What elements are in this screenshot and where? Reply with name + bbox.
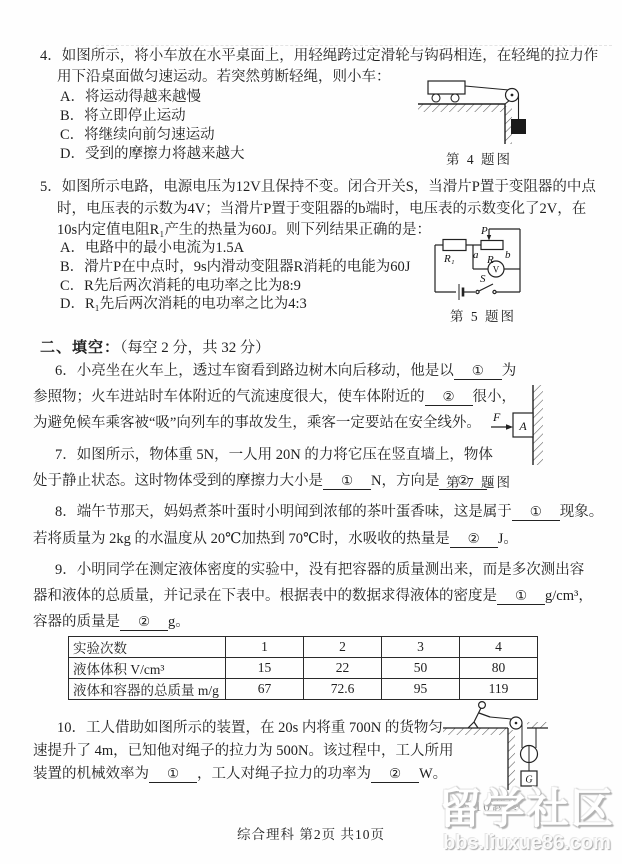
exam-page-scan: 4．如图所示，将小车放在水平桌面上，用轻绳跨过定滑轮与钩码相连，在轻绳的拉力作 … [0, 0, 622, 864]
q7-blank-1: ① [323, 474, 371, 490]
label-r1: R₁ [443, 253, 455, 265]
rheostat-body [481, 241, 503, 250]
worker-figure [468, 702, 490, 728]
q4-line-2: 用下沿桌面做匀速运动。若突然剪断轻绳，则小车： [57, 68, 391, 86]
q10-line-1: 10．工人借助如图所示的装置，在 20s 内将重 700N 的货物匀 [57, 719, 443, 737]
q10-blank-2: ② [371, 767, 419, 783]
label-p: P [480, 225, 488, 237]
wall-hatching [533, 385, 543, 465]
q9-line-1: 9．小明同学在测定液体密度的实验中，没有把容器的质量测出来，而是多次测出容 [55, 561, 584, 579]
q10-blank-1: ① [149, 767, 197, 783]
table-row: 实验次数 1 2 3 4 [69, 637, 538, 658]
q8-blank-2: ② [450, 532, 498, 548]
q9-line-3: 容器的质量是②g。 [33, 613, 190, 631]
q6-text: 6．小亮坐在火车上，透过车窗看到路边树木向后移动，他是以 [55, 363, 454, 379]
table-header-label: 实验次数 [69, 637, 226, 658]
q5-figure-circuit: P R₁ a b R V S [428, 224, 578, 306]
table-cell: 50 [382, 658, 460, 679]
pulley-axle [511, 94, 514, 97]
q8-line-2: 若将质量为 2kg 的水温度从 20℃加热到 70℃时，水吸收的热量是②J。 [33, 530, 518, 548]
label-f: F [492, 410, 501, 424]
table-cell: 15 [226, 658, 304, 679]
table-cell: 2 [304, 637, 382, 658]
q7-figure-block-on-wall: A F [486, 380, 550, 472]
table-cell: 67 [226, 679, 304, 700]
q5-option-b: B．滑片P在中点时，9s内滑动变阻器R消耗的电能为60J [60, 258, 410, 276]
q6-text: 参照物；火车进站时车体附近的气流速度很大，使车体附近的 [33, 389, 425, 405]
q4-line-1: 4．如图所示，将小车放在水平桌面上，用轻绳跨过定滑轮与钩码相连，在轻绳的拉力作 [40, 47, 598, 65]
watermark-url: bbs.liuxue86.com [436, 832, 618, 854]
table-cell: 22 [304, 658, 382, 679]
q7-line-2: 处于静止状态。这时物体受到的摩擦力大小是①N，方向是②。 [33, 472, 502, 490]
scan-artifact-line [96, 45, 612, 46]
label-v: V [493, 265, 500, 275]
q8-text: 若将质量为 2kg 的水温度从 20℃加热到 70℃时，水吸收的热量是 [33, 531, 450, 547]
q8-text: 现象。 [560, 504, 604, 520]
q5-line-2: 时，电压表的示数为4V；当滑片P置于变阻器的b端时，电压表的示数变化了2V，在 [57, 200, 586, 218]
wall-hatching [508, 730, 515, 790]
q9-text: g。 [168, 614, 190, 630]
table-cell: 3 [382, 637, 460, 658]
table-hatching [418, 104, 505, 112]
q4-figure-caption: 第 4 题图 [446, 148, 512, 168]
switch-contact [476, 290, 479, 293]
table-row-label: 液体和容器的总质量 m/g [69, 679, 226, 700]
q8-blank-1: ① [512, 505, 560, 521]
table-cell: 1 [226, 637, 304, 658]
q6-line-3: 为避免候车乘客被“吸”向列车的事故发生，乘客一定要站在安全线外。 [33, 414, 481, 432]
q4-option-d: D．受到的摩擦力将越来越大 [60, 145, 244, 163]
table-row: 液体体积 V/cm³ 15 22 50 80 [69, 658, 538, 679]
q5-option-c: C．R先后两次消耗的电功率之比为8:9 [60, 277, 301, 295]
label-g: G [525, 775, 532, 786]
q9-text: g/cm³， [545, 588, 593, 604]
switch-lever [479, 284, 493, 291]
q4-option-b: B．将立即停止运动 [60, 107, 186, 125]
q7-line-1: 7．如图所示，物体重 5N，一人用 20N 的力将它压在竖直墙上，物体 [55, 446, 493, 464]
table-cell: 80 [460, 658, 538, 679]
rope [465, 86, 509, 90]
cart-wheel-icon [432, 94, 440, 102]
q6-line-1: 6．小亮坐在火车上，透过车窗看到路边树木向后移动，他是以①为 [55, 362, 516, 380]
q10-line-3: 装置的机械效率为①，工人对绳子拉力的功率为②W。 [33, 765, 447, 783]
q10-text: ，工人对绳子拉力的功率为 [197, 766, 371, 782]
q4-option-a: A．将运动得越来越慢 [60, 88, 201, 106]
table-edge-hatching [505, 106, 512, 144]
q4-option-c: C．将继续向前匀速运动 [60, 126, 215, 144]
table-cell: 4 [460, 637, 538, 658]
label-s: S [480, 273, 486, 285]
q5-option-d: D．R₁先后两次消耗的电功率之比为4:3 [60, 295, 307, 313]
q6-blank-1: ① [454, 364, 502, 380]
q5-figure-caption: 第 5 题图 [450, 305, 516, 325]
cart-body [428, 81, 465, 94]
q9-blank-2: ② [120, 615, 168, 631]
q6-blank-2: ② [425, 390, 473, 406]
q9-text: 容器的质量是 [33, 614, 120, 630]
label-a: A [518, 419, 527, 433]
label-b: b [505, 249, 511, 261]
q8-text: J。 [498, 531, 518, 547]
q10-text: 装置的机械效率为 [33, 766, 149, 782]
ceiling-anchor-hatching [527, 722, 548, 728]
watermark: 留学社区 bbs.liuxue86.com [436, 786, 618, 854]
section2-score-note: （每空 2 分，共 32 分） [120, 340, 270, 356]
q5-line-3: 10s内定值电阻R₁产生的热量为60J。则下列结果正确的是： [57, 221, 431, 239]
switch-contact [493, 290, 496, 293]
fixed-pulley-axle [515, 722, 518, 725]
hanging-weight [511, 119, 526, 134]
table-cell: 72.6 [304, 679, 382, 700]
watermark-logo-text: 留学社区 [436, 786, 618, 832]
q9-line-2: 器和液体的总质量，并记录在下表中。根据表中的数据求得液体的密度是①g/cm³， [33, 587, 593, 605]
q9-text: 器和液体的总质量，并记录在下表中。根据表中的数据求得液体的密度是 [33, 588, 497, 604]
force-arrowhead [506, 424, 513, 430]
section2-title: 二、填空： [40, 340, 120, 356]
q6-text: 为 [502, 363, 517, 379]
q7-text: 处于静止状态。这时物体受到的摩擦力大小是 [33, 473, 323, 489]
rope-to-pulley [490, 717, 511, 719]
q4-figure-cart-pulley [402, 74, 577, 146]
q6-line-2: 参照物；火车进站时车体附近的气流速度很大，使车体附近的②很小， [33, 388, 516, 406]
cart-wheel-icon [451, 94, 459, 102]
table-row-label: 液体体积 V/cm³ [69, 658, 226, 679]
ground-hatching [443, 728, 508, 735]
q9-blank-1: ① [497, 589, 545, 605]
q9-data-table: 实验次数 1 2 3 4 液体体积 V/cm³ 15 22 50 80 液体和容… [68, 636, 538, 700]
q8-text: 8．端午节那天，妈妈煮茶叶蛋时小明闻到浓郁的茶叶蛋香味，这是属于 [55, 504, 512, 520]
q5-option-a: A．电路中的最小电流为1.5A [60, 239, 244, 257]
label-a: a [473, 249, 479, 261]
q7-text: N，方向是 [371, 473, 439, 489]
q7-figure-caption: 第 7 题图 [446, 471, 512, 491]
q8-line-1: 8．端午节那天，妈妈煮茶叶蛋时小明闻到浓郁的茶叶蛋香味，这是属于①现象。 [55, 503, 603, 521]
resistor-r1 [443, 240, 466, 251]
q10-line-2: 速提升了 4m，已知他对绳子的拉力为 500N。该过程中，工人所用 [33, 742, 454, 760]
q5-line-1: 5．如图所示电路，电源电压为12V且保持不变。闭合开关S，当滑片P置于变阻器的中… [40, 178, 596, 196]
section2-header: 二、填空：（每空 2 分，共 32 分） [40, 336, 270, 357]
